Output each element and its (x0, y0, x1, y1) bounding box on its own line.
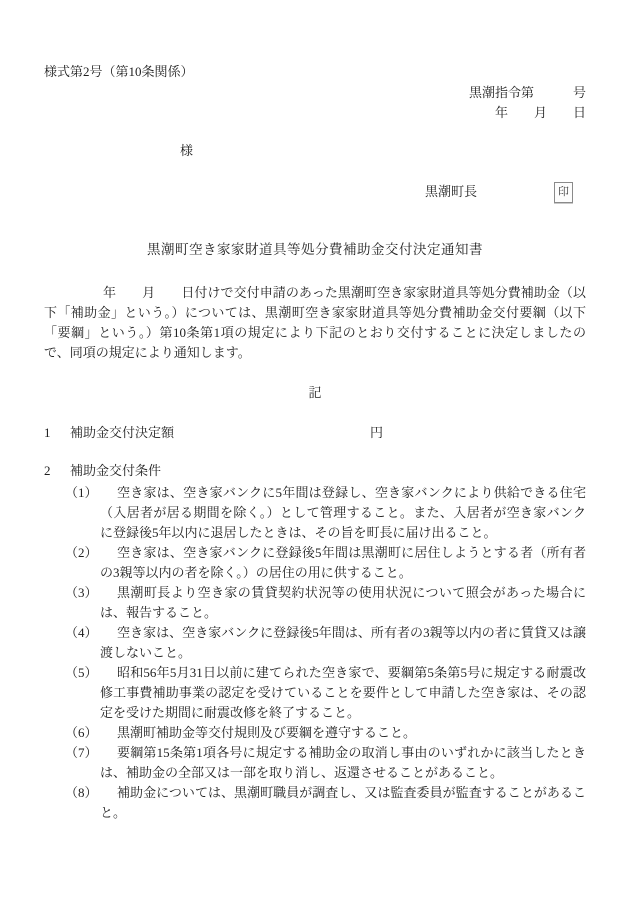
condition-1-text: 空き家は、空き家バンクに5年間は登録し、空き家バンクにより供給できる住宅（入居者… (100, 483, 586, 543)
item-1-row: 1補助金交付決定額 円 (44, 423, 586, 443)
condition-item-6: （6） 黒潮町補助金等交付規則及び要綱を遵守すること。 (44, 723, 586, 743)
condition-item-2: （2） 空き家は、空き家バンクに登録後5年間は黒潮町に居住しようとする者（所有者… (44, 543, 586, 583)
condition-6-text: 黒潮町補助金等交付規則及び要綱を遵守すること。 (100, 723, 586, 743)
form-number: 様式第2号（第10条関係） (44, 62, 586, 82)
conditions-list: （1） 空き家は、空き家バンクに5年間は登録し、空き家バンクにより供給できる住宅… (44, 483, 586, 823)
record-mark: 記 (44, 383, 586, 403)
item-2-number: 2 (44, 461, 70, 481)
condition-8-marker: （8） (65, 783, 100, 823)
item-1-number: 1 (44, 423, 70, 443)
mayor-title: 黒潮町長 (425, 184, 477, 199)
item-2-row: 2補助金交付条件 (44, 461, 586, 481)
document-page: 様式第2号（第10条関係） 黒潮指令第 号 年 月 日 様 黒潮町長 印 黒潮町… (0, 0, 630, 903)
condition-4-text: 空き家は、空き家バンクに登録後5年間は、所有者の3親等以内の者に賃貸又は譲渡しな… (100, 623, 586, 663)
condition-item-1: （1） 空き家は、空き家バンクに5年間は登録し、空き家バンクにより供給できる住宅… (44, 483, 586, 543)
item-1-label: 補助金交付決定額 (70, 425, 174, 440)
mayor-signature-row: 黒潮町長 印 (44, 182, 586, 202)
directive-number: 黒潮指令第 号 (44, 83, 586, 103)
condition-3-marker: （3） (65, 583, 100, 623)
condition-5-marker: （5） (65, 663, 100, 723)
item-2-label: 補助金交付条件 (70, 463, 161, 478)
seal-placeholder-box: 印 (554, 182, 573, 203)
condition-item-8: （8） 補助金については、黒潮町職員が調査し、又は監査委員が監査することがあるこ… (44, 783, 586, 823)
condition-item-3: （3） 黒潮町長より空き家の賃貸契約状況等の使用状況について照会があった場合には… (44, 583, 586, 623)
condition-5-text: 昭和56年5月31日以前に建てられた空き家で、要綱第5条第5号に規定する耐震改修… (100, 663, 586, 723)
condition-item-5: （5） 昭和56年5月31日以前に建てられた空き家で、要綱第5条第5号に規定する… (44, 663, 586, 723)
condition-7-text: 要綱第15条第1項各号に規定する補助金の取消し事由のいずれかに該当したときは、補… (100, 743, 586, 783)
item-1-amount-unit: 円 (370, 423, 383, 443)
addressee-suffix: 様 (180, 141, 586, 161)
condition-3-text: 黒潮町長より空き家の賃貸契約状況等の使用状況について照会があった場合には、報告す… (100, 583, 586, 623)
condition-7-marker: （7） (65, 743, 100, 783)
condition-8-text: 補助金については、黒潮町職員が調査し、又は監査委員が監査することがあること。 (100, 783, 586, 823)
condition-item-7: （7） 要綱第15条第1項各号に規定する補助金の取消し事由のいずれかに該当したと… (44, 743, 586, 783)
document-title: 黒潮町空き家家財道具等処分費補助金交付決定通知書 (44, 240, 586, 260)
condition-1-marker: （1） (65, 483, 100, 543)
condition-2-text: 空き家は、空き家バンクに登録後5年間は黒潮町に居住しようとする者（所有者の3親等… (100, 543, 586, 583)
issue-date-line: 年 月 日 (44, 103, 586, 123)
condition-6-marker: （6） (65, 723, 100, 743)
condition-item-4: （4） 空き家は、空き家バンクに登録後5年間は、所有者の3親等以内の者に賃貸又は… (44, 623, 586, 663)
body-paragraph: 年 月 日付けで交付申請のあった黒潮町空き家家財道具等処分費補助金（以下「補助金… (44, 283, 586, 363)
condition-4-marker: （4） (65, 623, 100, 663)
condition-2-marker: （2） (65, 543, 100, 583)
